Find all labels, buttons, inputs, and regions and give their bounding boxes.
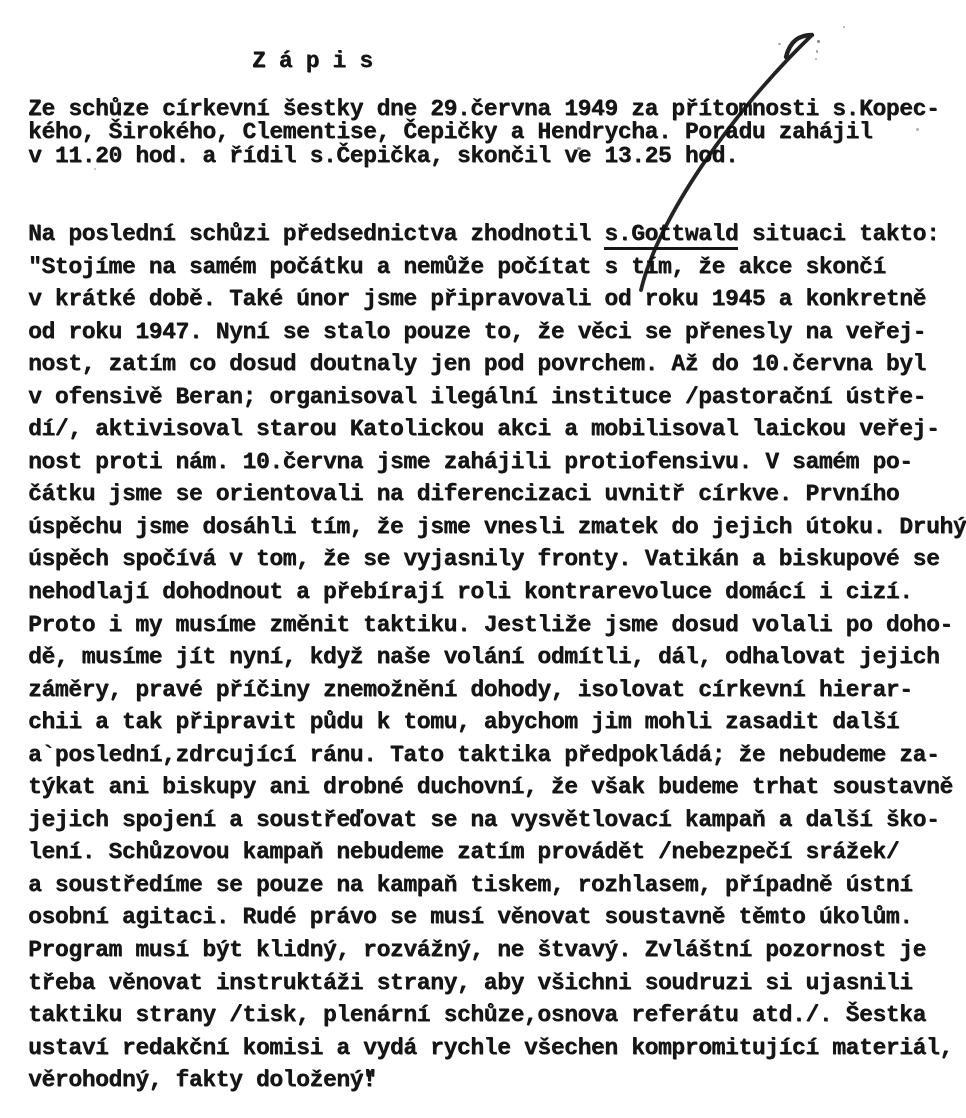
text-run: v 11.20 hod. a řídil s.Čepička, skončil … — [28, 143, 738, 169]
typed-text-line: třeba věnovat instruktáži strany, aby vš… — [28, 967, 966, 1000]
text-run: Proto i my musíme změnit taktiku. Jestli… — [28, 612, 953, 638]
header-paragraph: Ze schůze církevní šestky dne 29.června … — [28, 98, 939, 168]
text-run: osobní agitaci. Rudé právo se musí věnov… — [28, 904, 913, 930]
typed-text-line: Proto i my musíme změnit taktiku. Jestli… — [28, 609, 966, 642]
text-run: taktiku strany /tisk, plenární schůze,os… — [28, 1002, 926, 1028]
text-run: věrohodný, fakty doložený — [28, 1067, 363, 1093]
typed-text-line: Na poslední schůzi předsednictva zhodnot… — [28, 218, 966, 251]
ink-speck — [916, 128, 919, 131]
text-run: třeba věnovat instruktáži strany, aby vš… — [28, 970, 913, 996]
text-run: a`poslední,zdrcující ránu. Tato taktika … — [28, 742, 939, 768]
scanned-document-page: Z á p i s Ze schůze církevní šestky dne … — [0, 0, 966, 1118]
ink-speck — [816, 50, 818, 53]
text-run: nost, zatím co dosud doutnaly jen pod po… — [28, 351, 926, 377]
typed-text-line: od roku 1947. Nyní se stalo pouze to, že… — [28, 316, 966, 349]
typed-text-line: týkat ani biskupy ani drobné duchovní, ž… — [28, 771, 966, 804]
text-run: záměry, pravé příčiny znemožnění dohody,… — [28, 677, 913, 703]
text-run: dí/, aktivisoval starou Katolickou akci … — [28, 416, 939, 442]
text-run: týkat ani biskupy ani drobné duchovní, ž… — [28, 774, 953, 800]
typed-text-line: nost, zatím co dosud doutnaly jen pod po… — [28, 348, 966, 381]
ink-speck — [577, 147, 581, 150]
typed-text-line: úspěch spočívá v tom, že se vyjasnily fr… — [28, 543, 966, 576]
typed-text-line: nehodlají dohodnout a přebírají roli kon… — [28, 576, 966, 609]
text-run: Program musí být klidný, rozvážný, ne št… — [28, 937, 926, 963]
typed-text-line: nost proti nám. 10.června jsme zahájili … — [28, 446, 966, 479]
document-title: Z á p i s — [252, 49, 373, 73]
text-run: jejich spojení a soustřeďovat se na vysv… — [28, 807, 939, 833]
typed-text-line: čátku jsme se orientovali na diferenciza… — [28, 478, 966, 511]
typed-text-line: taktiku strany /tisk, plenární schůze,os… — [28, 999, 966, 1032]
typed-text-line: a`poslední,zdrcující ránu. Tato taktika … — [28, 739, 966, 772]
typed-text-line: "Stojíme na samém počátku a nemůže počít… — [28, 251, 966, 284]
ink-speck — [815, 58, 817, 60]
typed-text-line: úspěchu jsme dosáhli tím, že jsme vnesli… — [28, 511, 966, 544]
text-run: ustaví redakční komisi a vydá rychle vše… — [28, 1035, 953, 1061]
typed-text-line: a soustředíme se pouze na kampaň tiskem,… — [28, 869, 966, 902]
ink-speck — [94, 168, 96, 170]
text-run: čátku jsme se orientovali na diferenciza… — [28, 481, 899, 507]
text-run: kého, Širokého, Clementise, Čepičky a He… — [28, 119, 872, 145]
ink-speck — [843, 26, 845, 28]
typed-text-line: kého, Širokého, Clementise, Čepičky a He… — [28, 121, 939, 144]
text-run: od roku 1947. Nyní se stalo pouze to, že… — [28, 319, 926, 345]
typed-text-line: dí/, aktivisoval starou Katolickou akci … — [28, 413, 966, 446]
text-run: chii a tak připravit půdu k tomu, abycho… — [28, 709, 899, 735]
typed-text-line: dě, musíme jít nyní, když naše volání od… — [28, 641, 966, 674]
body-paragraph: Na poslední schůzi předsednictva zhodnot… — [28, 218, 966, 1097]
ink-speck — [778, 43, 781, 45]
typed-text-line: záměry, pravé příčiny znemožnění dohody,… — [28, 674, 966, 707]
text-run: úspěch spočívá v tom, že se vyjasnily fr… — [28, 546, 939, 572]
text-run: Na poslední schůzi předsednictva zhodnot… — [28, 221, 604, 247]
text-run: dě, musíme jít nyní, když naše volání od… — [28, 644, 939, 670]
typed-text-line: chii a tak připravit půdu k tomu, abycho… — [28, 706, 966, 739]
typed-text-line: v ofensivě Beran; organisoval ilegální i… — [28, 381, 966, 414]
typed-text-line: lení. Schůzovou kampaň nebudeme zatím pr… — [28, 836, 966, 869]
text-run: "Stojíme na samém počátku a nemůže počít… — [28, 254, 886, 280]
typed-text-line: jejich spojení a soustřeďovat se na vysv… — [28, 804, 966, 837]
typed-text-line: v 11.20 hod. a řídil s.Čepička, skončil … — [28, 145, 939, 168]
typed-text-line: Ze schůze církevní šestky dne 29.června … — [28, 98, 939, 121]
text-run: v ofensivě Beran; organisoval ilegální i… — [28, 384, 926, 410]
typed-text-line: osobní agitaci. Rudé právo se musí věnov… — [28, 901, 966, 934]
typed-text-line: v krátké době. Také únor jsme připravova… — [28, 283, 966, 316]
text-run: nehodlají dohodnout a přebírají roli kon… — [28, 579, 913, 605]
typed-text-line: ustaví redakční komisi a vydá rychle vše… — [28, 1032, 966, 1065]
text-run: v krátké době. Také únor jsme připravova… — [28, 286, 926, 312]
text-run: úspěchu jsme dosáhli tím, že jsme vnesli… — [28, 514, 966, 540]
underlined-text: s.Gottwald — [604, 221, 738, 250]
typed-text-line: věrohodný, fakty doložený"! — [28, 1064, 966, 1097]
text-run: a soustředíme se pouze na kampaň tiskem,… — [28, 872, 913, 898]
typed-text-line: Program musí být klidný, rozvážný, ne št… — [28, 934, 966, 967]
text-run: nost proti nám. 10.června jsme zahájili … — [28, 449, 913, 475]
text-run: lení. Schůzovou kampaň nebudeme zatím pr… — [28, 839, 899, 865]
text-run: situaci takto: — [738, 221, 939, 247]
ink-speck — [817, 40, 820, 43]
